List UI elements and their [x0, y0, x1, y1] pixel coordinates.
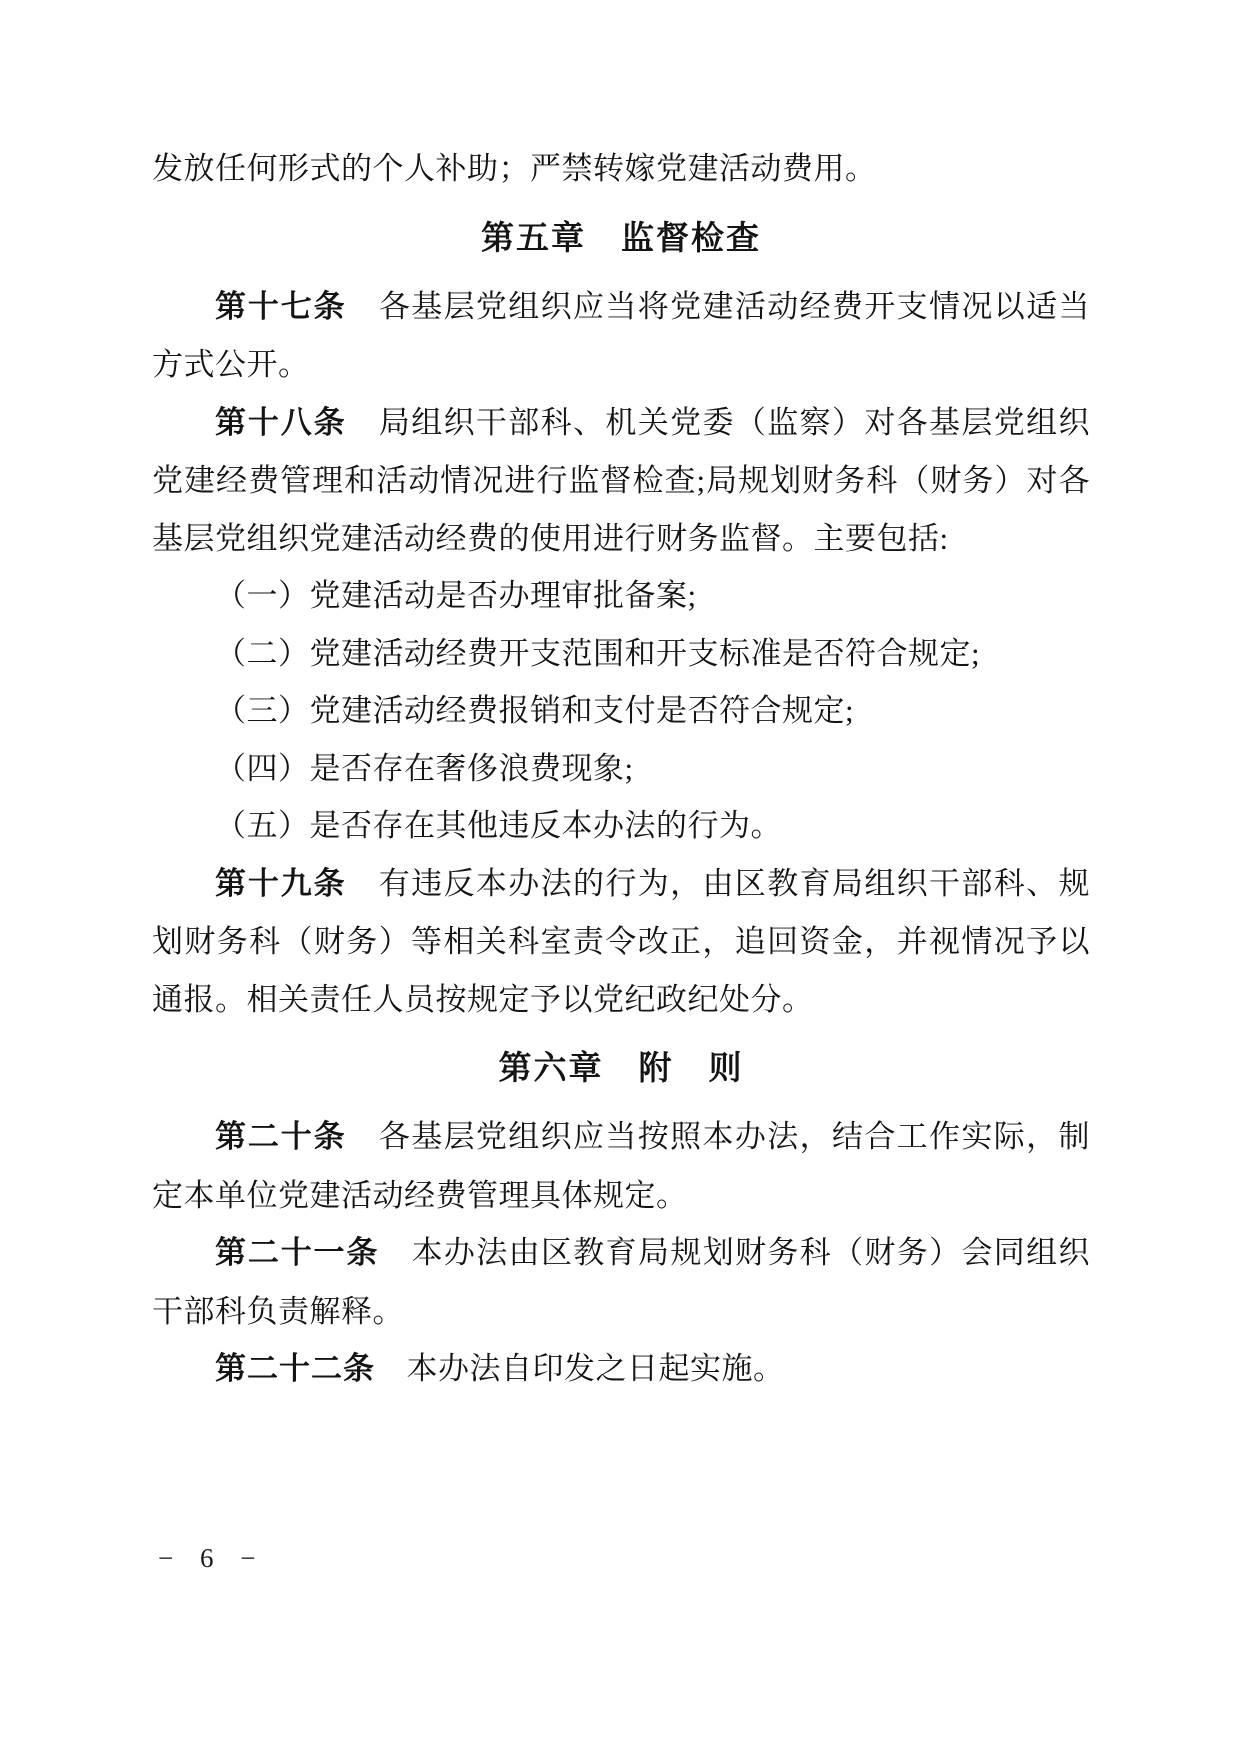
- list-item-5: （五）是否存在其他违反本办法的行为。: [152, 797, 1090, 855]
- page-number: − 6 −: [158, 1543, 265, 1574]
- article-19-paragraph: 第十九条 有违反本办法的行为，由区教育局组织干部科、规划财务科（财务）等相关科室…: [152, 855, 1090, 1029]
- article-17-label: 第十七条: [215, 289, 346, 325]
- list-item-2: （二）党建活动经费开支范围和开支标准是否符合规定;: [152, 625, 1090, 683]
- document-content: 发放任何形式的个人补助；严禁转嫁党建活动费用。 第五章 监督检查 第十七条 各基…: [152, 140, 1090, 1399]
- article-21-paragraph: 第二十一条 本办法由区教育局规划财务科（财务）会同组织干部科负责解释。: [152, 1224, 1090, 1340]
- article-21-label: 第二十一条: [215, 1235, 379, 1271]
- article-18-label: 第十八条: [215, 405, 346, 441]
- list-item-4: （四）是否存在奢侈浪费现象;: [152, 740, 1090, 798]
- article-22-label: 第二十二条: [215, 1351, 375, 1387]
- continuation-paragraph: 发放任何形式的个人补助；严禁转嫁党建活动费用。: [152, 140, 1090, 198]
- document-page: 发放任何形式的个人补助；严禁转嫁党建活动费用。 第五章 监督检查 第十七条 各基…: [0, 0, 1240, 1753]
- article-20-label: 第二十条: [215, 1119, 346, 1155]
- list-item-3: （三）党建活动经费报销和支付是否符合规定;: [152, 682, 1090, 740]
- article-18-paragraph: 第十八条 局组织干部科、机关党委（监察）对各基层党组织党建经费管理和活动情况进行…: [152, 394, 1090, 568]
- chapter-6-heading: 第六章 附 则: [152, 1039, 1090, 1097]
- article-22-text: 本办法自印发之日起实施。: [375, 1351, 785, 1386]
- list-item-1: （一）党建活动是否办理审批备案;: [152, 567, 1090, 625]
- chapter-5-heading: 第五章 监督检查: [152, 209, 1090, 267]
- article-22-paragraph: 第二十二条 本办法自印发之日起实施。: [152, 1340, 1090, 1399]
- article-20-paragraph: 第二十条 各基层党组织应当按照本办法，结合工作实际，制定本单位党建活动经费管理具…: [152, 1108, 1090, 1224]
- article-19-label: 第十九条: [215, 866, 346, 902]
- article-17-paragraph: 第十七条 各基层党组织应当将党建活动经费开支情况以适当方式公开。: [152, 278, 1090, 394]
